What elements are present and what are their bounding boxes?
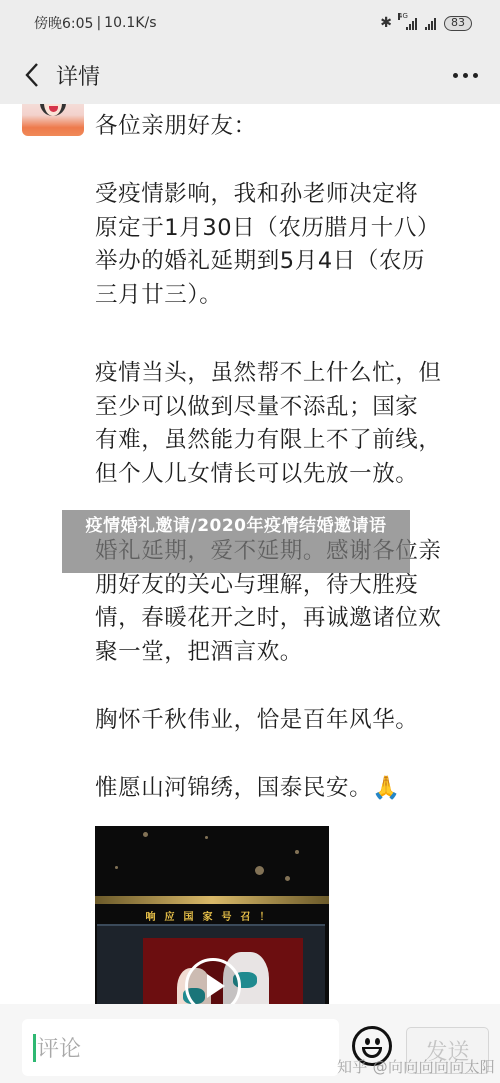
- status-separator: |: [96, 15, 101, 31]
- network-type-label: 4G: [398, 13, 400, 20]
- post-paragraph: 胸怀千秋伟业，恰是百年风华。: [95, 704, 495, 738]
- more-options-button[interactable]: [453, 65, 478, 86]
- emoji-eye-icon: [375, 1038, 380, 1045]
- more-dot-icon: [463, 73, 468, 78]
- comment-placeholder: 评论: [37, 1032, 81, 1063]
- post-greeting: 各位亲朋好友：: [95, 110, 495, 144]
- page-title: 详情: [56, 60, 100, 91]
- status-net-speed: 10.1K/s: [104, 15, 156, 31]
- more-dot-icon: [473, 73, 478, 78]
- status-time: 傍晚6:05: [34, 13, 93, 33]
- status-right: ✱ 4G 83: [380, 15, 472, 31]
- avatar[interactable]: [22, 104, 84, 136]
- emoji-eye-icon: [365, 1038, 370, 1045]
- status-bar: 傍晚6:05 | 10.1K/s ✱ 4G 83: [0, 0, 500, 46]
- chevron-left-icon: [23, 62, 41, 88]
- video-gold-band: [95, 896, 329, 904]
- overlay-title-banner: 疫情婚礼邀请/2020年疫情结婚邀请语: [62, 510, 410, 573]
- cellular-signal-icon: [425, 17, 436, 30]
- video-thumbnail[interactable]: 响应国家号召！: [95, 826, 329, 1004]
- cellular-signal-4g-icon: 4G: [400, 17, 417, 30]
- video-caption: 响应国家号召！: [95, 908, 329, 923]
- comment-bar: 评论 发送 知乎 @向向向向向太阳: [0, 1004, 500, 1083]
- battery-icon: 83: [444, 16, 472, 31]
- nav-bar: 详情: [0, 46, 500, 104]
- comment-input[interactable]: 评论: [22, 1019, 339, 1076]
- post-paragraph: 惟愿山河锦绣，国泰民安。🙏: [95, 772, 495, 806]
- status-left: 傍晚6:05 | 10.1K/s: [34, 13, 157, 33]
- post-paragraph: 疫情当头，虽然帮不上什么忙，但 至少可以做到尽量不添乱；国家 有难，虽然能力有限…: [95, 357, 495, 491]
- watermark: 知乎 @向向向向向太阳: [337, 1056, 495, 1077]
- bluetooth-icon: ✱: [380, 15, 392, 31]
- back-button[interactable]: [12, 55, 52, 95]
- more-dot-icon: [453, 73, 458, 78]
- post-paragraph: 受疫情影响，我和孙老师决定将 原定于1月30日（农历腊月十八） 举办的婚礼延期到…: [95, 178, 495, 312]
- text-caret: [33, 1034, 36, 1062]
